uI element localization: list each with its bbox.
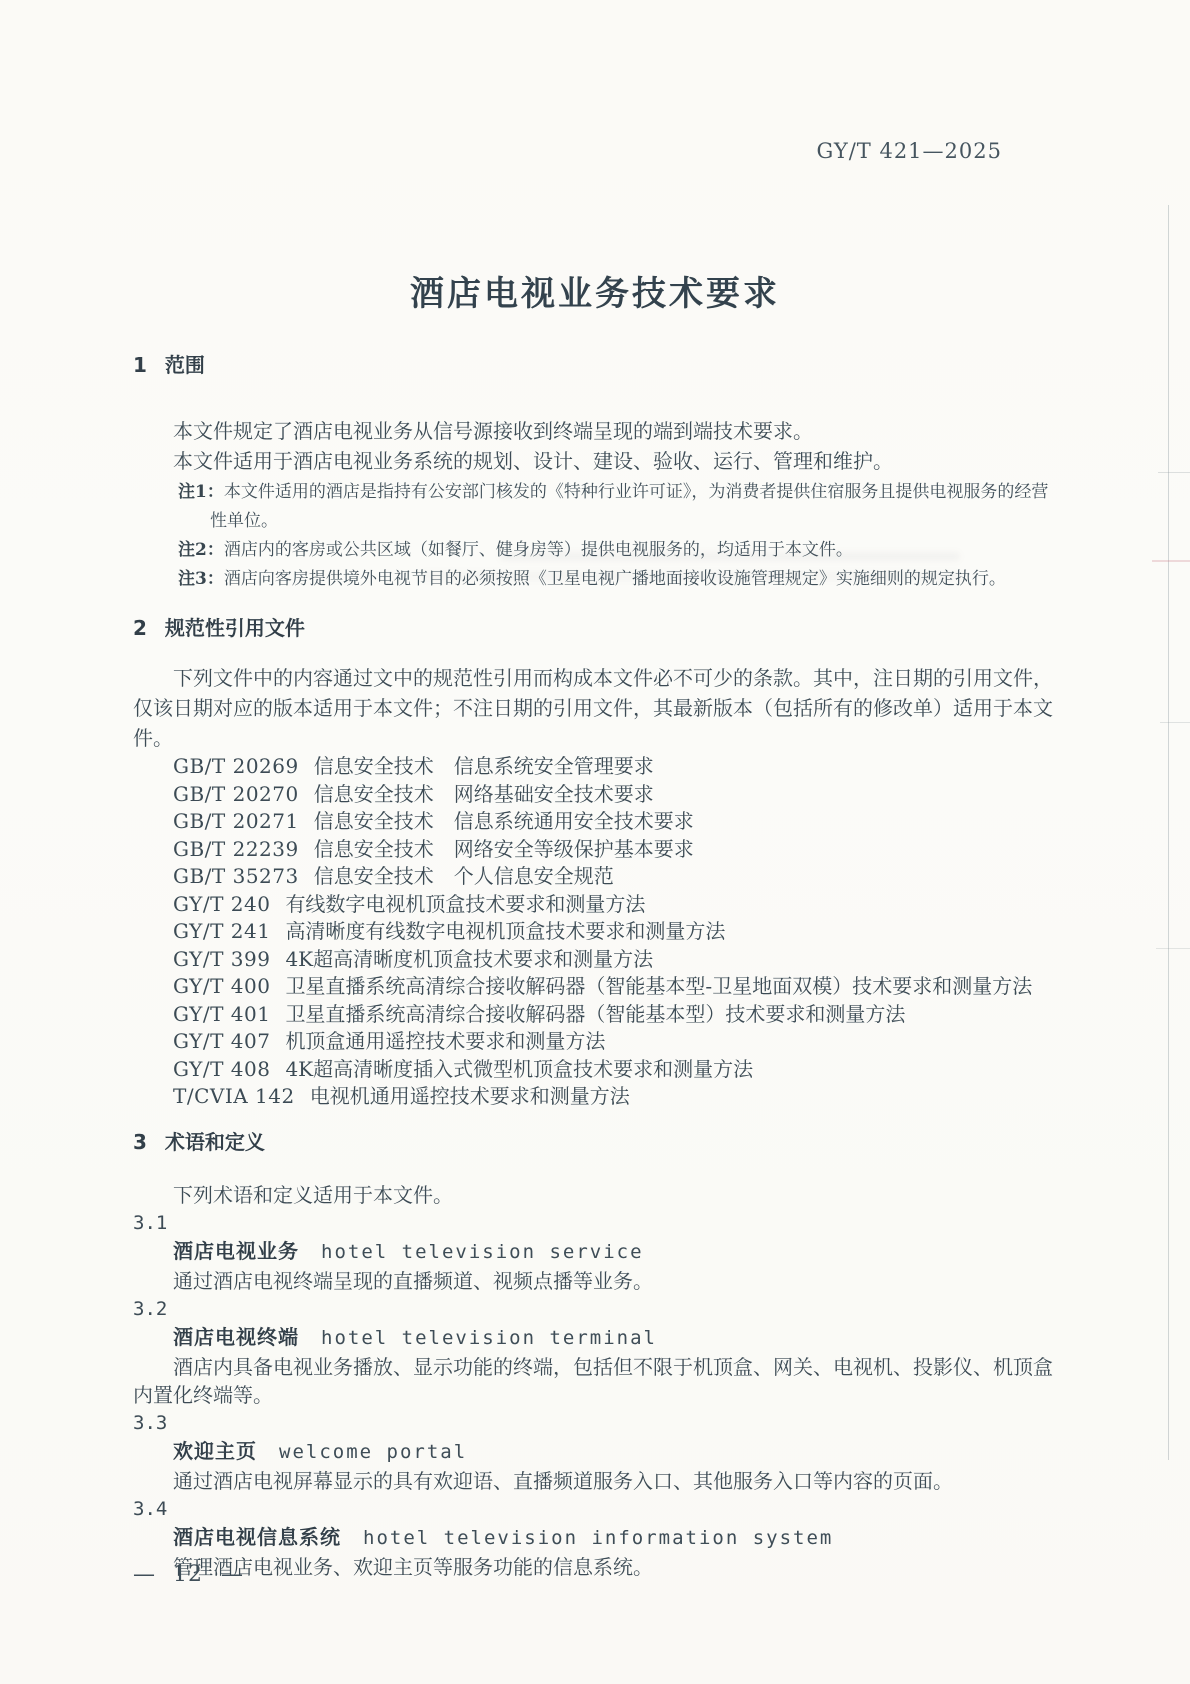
term-number: 3.2 — [133, 1295, 1057, 1323]
page-number: 12 — [173, 1562, 203, 1587]
reference-item: GB/T 35273信息安全技术 个人信息安全规范 — [173, 863, 1057, 891]
reference-code: GY/T 400 — [173, 973, 270, 1001]
scan-artifact-pink-tick — [1152, 560, 1190, 562]
reference-code: GY/T 399 — [173, 946, 270, 974]
term-entry-3-1: 3.1 酒店电视业务hotel television service 通过酒店电… — [133, 1209, 1057, 1295]
references-list: GB/T 20269信息安全技术 信息系统安全管理要求 GB/T 20270信息… — [133, 753, 1057, 1111]
reference-code: GY/T 407 — [173, 1028, 270, 1056]
reference-title: 信息安全技术 信息系统安全管理要求 — [314, 754, 654, 778]
reference-code: GY/T 401 — [173, 1001, 270, 1029]
note-3: 注3：酒店向客房提供境外电视节目的必须按照《卫星电视广播地面接收设施管理规定》实… — [178, 565, 1057, 594]
document-content: 1范围 本文件规定了酒店电视业务从信号源接收到终端呈现的端到端技术要求。 本文件… — [133, 352, 1057, 1581]
footer-dash-left: — — [133, 1562, 155, 1587]
section-2-heading: 2规范性引用文件 — [133, 615, 1057, 641]
reference-code: GB/T 20271 — [173, 808, 299, 836]
term-en: hotel television service — [321, 1241, 644, 1263]
reference-title: 有线数字电视机顶盒技术要求和测量方法 — [285, 892, 645, 916]
footer-dash-right: — — [221, 1562, 243, 1587]
reference-title: 电视机通用遥控技术要求和测量方法 — [310, 1084, 630, 1108]
term-definition: 通过酒店电视屏幕显示的具有欢迎语、直播频道服务入口、其他服务入口等内容的页面。 — [133, 1467, 1057, 1495]
reference-title: 卫星直播系统高清综合接收解码器（智能基本型）技术要求和测量方法 — [285, 1002, 905, 1026]
term-zh: 酒店电视终端 — [173, 1325, 299, 1349]
term-line: 酒店电视终端hotel television terminal — [133, 1323, 1057, 1353]
reference-title: 卫星直播系统高清综合接收解码器（智能基本型-卫星地面双模）技术要求和测量方法 — [285, 974, 1032, 998]
terms-intro: 下列术语和定义适用于本文件。 — [133, 1181, 1057, 1209]
reference-title: 机顶盒通用遥控技术要求和测量方法 — [285, 1029, 605, 1053]
reference-title: 高清晰度有线数字电视机顶盒技术要求和测量方法 — [285, 919, 725, 943]
note-2-label: 注2： — [178, 540, 224, 560]
term-number: 3.1 — [133, 1209, 1057, 1237]
note-1: 注1：本文件适用的酒店是指持有公安部门核发的《特种行业许可证》，为消费者提供住宿… — [178, 478, 1057, 536]
reference-item: GY/T 240有线数字电视机顶盒技术要求和测量方法 — [173, 891, 1057, 919]
term-entry-3-4: 3.4 酒店电视信息系统hotel television information… — [133, 1495, 1057, 1581]
reference-code: GB/T 20269 — [173, 753, 299, 781]
term-en: hotel television terminal — [321, 1327, 657, 1349]
section-1-number: 1 — [133, 353, 147, 377]
reference-code: GB/T 22239 — [173, 836, 299, 864]
term-number: 3.3 — [133, 1409, 1057, 1437]
reference-title: 信息安全技术 信息系统通用安全技术要求 — [314, 809, 694, 833]
reference-item: T/CVIA 142电视机通用遥控技术要求和测量方法 — [173, 1083, 1057, 1111]
reference-item: GY/T 407机顶盒通用遥控技术要求和测量方法 — [173, 1028, 1057, 1056]
reference-item: GB/T 20270信息安全技术 网络基础安全技术要求 — [173, 781, 1057, 809]
doc-number: GY/T 421—2025 — [816, 139, 1002, 163]
reference-title: 信息安全技术 网络基础安全技术要求 — [314, 782, 654, 806]
document-page: GY/T 421—2025 酒店电视业务技术要求 1范围 本文件规定了酒店电视业… — [0, 0, 1190, 1684]
section-3-heading: 3术语和定义 — [133, 1129, 1057, 1155]
note-2: 注2：酒店内的客房或公共区域（如餐厅、健身房等）提供电视服务的，均适用于本文件。 — [178, 536, 1057, 565]
reference-title: 信息安全技术 网络安全等级保护基本要求 — [314, 837, 694, 861]
reference-title: 4K超高清晰度机顶盒技术要求和测量方法 — [285, 947, 653, 971]
scan-artifact-tick — [1156, 948, 1190, 949]
scan-artifact-vertical-line — [1168, 205, 1169, 1460]
term-entry-3-2: 3.2 酒店电视终端hotel television terminal 酒店内具… — [133, 1295, 1057, 1409]
reference-item: GB/T 22239信息安全技术 网络安全等级保护基本要求 — [173, 836, 1057, 864]
reference-title: 4K超高清晰度插入式微型机顶盒技术要求和测量方法 — [285, 1057, 753, 1081]
section-1-label: 范围 — [165, 353, 205, 377]
scan-artifact-tick — [1158, 472, 1190, 473]
reference-item: GY/T 4084K超高清晰度插入式微型机顶盒技术要求和测量方法 — [173, 1056, 1057, 1084]
note-2-text: 酒店内的客房或公共区域（如餐厅、健身房等）提供电视服务的，均适用于本文件。 — [224, 540, 853, 560]
reference-code: GY/T 408 — [173, 1056, 270, 1084]
note-1-label: 注1： — [178, 482, 224, 502]
term-line: 酒店电视信息系统hotel television information sys… — [133, 1523, 1057, 1553]
term-line: 酒店电视业务hotel television service — [133, 1237, 1057, 1267]
term-definition: 管理酒店电视业务、欢迎主页等服务功能的信息系统。 — [133, 1553, 1057, 1581]
term-line: 欢迎主页welcome portal — [133, 1437, 1057, 1467]
reference-code: GB/T 35273 — [173, 863, 299, 891]
note-3-text: 酒店向客房提供境外电视节目的必须按照《卫星电视广播地面接收设施管理规定》实施细则… — [224, 569, 1006, 589]
term-zh: 酒店电视业务 — [173, 1239, 299, 1263]
document-title: 酒店电视业务技术要求 — [0, 266, 1190, 315]
term-definition: 酒店内具备电视业务播放、显示功能的终端，包括但不限于机顶盒、网关、电视机、投影仪… — [133, 1353, 1057, 1409]
scope-paragraph-2: 本文件适用于酒店电视业务系统的规划、设计、建设、验收、运行、管理和维护。 — [133, 446, 1057, 476]
scope-paragraph-1: 本文件规定了酒店电视业务从信号源接收到终端呈现的端到端技术要求。 — [133, 416, 1057, 446]
reference-code: T/CVIA 142 — [173, 1083, 295, 1111]
section-2-label: 规范性引用文件 — [165, 616, 305, 640]
reference-code: GY/T 240 — [173, 891, 270, 919]
reference-item: GB/T 20271信息安全技术 信息系统通用安全技术要求 — [173, 808, 1057, 836]
section-3-number: 3 — [133, 1130, 147, 1154]
term-definition: 通过酒店电视终端呈现的直播频道、视频点播等业务。 — [133, 1267, 1057, 1295]
reference-item: GY/T 241高清晰度有线数字电视机顶盒技术要求和测量方法 — [173, 918, 1057, 946]
reference-item: GY/T 400卫星直播系统高清综合接收解码器（智能基本型-卫星地面双模）技术要… — [173, 973, 1057, 1001]
reference-item: GY/T 401卫星直播系统高清综合接收解码器（智能基本型）技术要求和测量方法 — [173, 1001, 1057, 1029]
reference-code: GB/T 20270 — [173, 781, 299, 809]
page-footer: — 12 — — [133, 1562, 243, 1587]
scan-artifact-tick — [1160, 722, 1190, 723]
section-3-label: 术语和定义 — [165, 1130, 265, 1154]
scope-notes: 注1：本文件适用的酒店是指持有公安部门核发的《特种行业许可证》，为消费者提供住宿… — [133, 478, 1057, 594]
reference-item: GB/T 20269信息安全技术 信息系统安全管理要求 — [173, 753, 1057, 781]
references-intro: 下列文件中的内容通过文中的规范性引用而构成本文件必不可少的条款。其中，注日期的引… — [133, 663, 1057, 753]
section-2-number: 2 — [133, 616, 147, 640]
section-1-heading: 1范围 — [133, 352, 1057, 378]
reference-item: GY/T 3994K超高清晰度机顶盒技术要求和测量方法 — [173, 946, 1057, 974]
term-zh: 欢迎主页 — [173, 1439, 257, 1463]
note-3-label: 注3： — [178, 569, 224, 589]
term-en: welcome portal — [279, 1441, 467, 1463]
note-1-text: 本文件适用的酒店是指持有公安部门核发的《特种行业许可证》，为消费者提供住宿服务且… — [210, 482, 1048, 531]
term-number: 3.4 — [133, 1495, 1057, 1523]
reference-code: GY/T 241 — [173, 918, 270, 946]
term-en: hotel television information system — [363, 1527, 833, 1549]
term-entry-3-3: 3.3 欢迎主页welcome portal 通过酒店电视屏幕显示的具有欢迎语、… — [133, 1409, 1057, 1495]
term-zh: 酒店电视信息系统 — [173, 1525, 341, 1549]
reference-title: 信息安全技术 个人信息安全规范 — [314, 864, 614, 888]
